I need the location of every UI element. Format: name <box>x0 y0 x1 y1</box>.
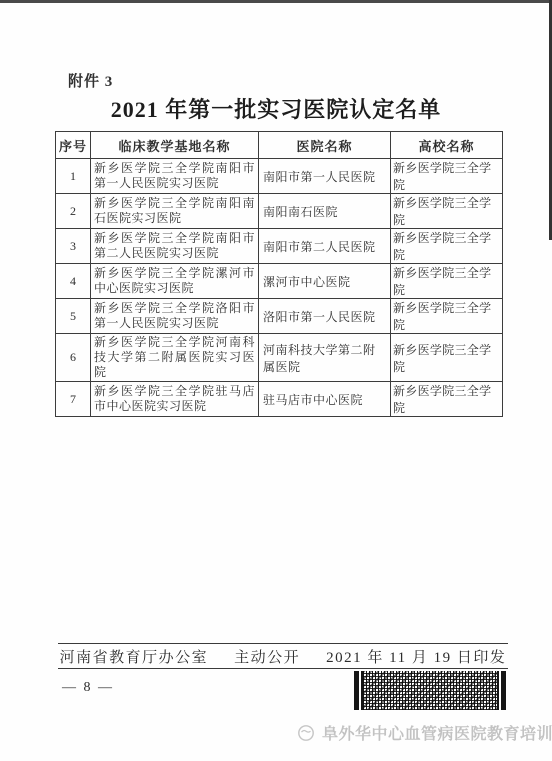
header-no: 序号 <box>56 132 91 159</box>
page-title: 2021 年第一批实习医院认定名单 <box>0 93 552 124</box>
table-row: 6 新乡医学院三全学院河南科技大学第二附属医院实习医院 河南科技大学第二附属医院… <box>56 334 503 382</box>
row-base: 新乡医学院三全学院南阳南石医院实习医院 <box>91 194 259 229</box>
header-hospital: 医院名称 <box>259 132 391 159</box>
barcode-noise <box>363 671 497 710</box>
row-base: 新乡医学院三全学院驻马店市中心医院实习医院 <box>91 382 259 417</box>
barcode-icon <box>354 671 506 710</box>
row-university: 新乡医学院三全学院 <box>391 334 503 382</box>
row-no: 5 <box>56 299 91 334</box>
table-row: 2 新乡医学院三全学院南阳南石医院实习医院 南阳南石医院 新乡医学院三全学院 <box>56 194 503 229</box>
table-row: 1 新乡医学院三全学院南阳市第一人民医院实习医院 南阳市第一人民医院 新乡医学院… <box>56 159 503 194</box>
row-university: 新乡医学院三全学院 <box>391 382 503 417</box>
page-number: — 8 — <box>62 680 114 696</box>
row-no: 3 <box>56 229 91 264</box>
table-row: 7 新乡医学院三全学院驻马店市中心医院实习医院 驻马店市中心医院 新乡医学院三全… <box>56 382 503 417</box>
scan-edge-top <box>0 0 552 3</box>
footer-office: 河南省教育厅办公室 <box>60 646 209 667</box>
header-base: 临床教学基地名称 <box>91 132 259 159</box>
row-base: 新乡医学院三全学院河南科技大学第二附属医院实习医院 <box>91 334 259 382</box>
row-no: 1 <box>56 159 91 194</box>
row-hospital: 洛阳市第一人民医院 <box>259 299 391 334</box>
watermark-text: 阜外华中心血管病医院教育培训部 <box>322 721 552 744</box>
row-university: 新乡医学院三全学院 <box>391 264 503 299</box>
header-university: 高校名称 <box>391 132 503 159</box>
row-hospital: 漯河市中心医院 <box>259 264 391 299</box>
row-university: 新乡医学院三全学院 <box>391 229 503 264</box>
table-row: 5 新乡医学院三全学院洛阳市第一人民医院实习医院 洛阳市第一人民医院 新乡医学院… <box>56 299 503 334</box>
document-page: 附件 3 2021 年第一批实习医院认定名单 序号 临床教学基地名称 医院名称 … <box>0 0 552 761</box>
row-university: 新乡医学院三全学院 <box>391 299 503 334</box>
attachment-label: 附件 3 <box>68 70 113 91</box>
row-hospital: 南阳市第一人民医院 <box>259 159 391 194</box>
footer-publicity: 主动公开 <box>234 646 300 667</box>
row-base: 新乡医学院三全学院漯河市中心医院实习医院 <box>91 264 259 299</box>
watermark: 阜外华中心血管病医院教育培训部 <box>297 721 547 744</box>
table-row: 3 新乡医学院三全学院南阳市第二人民医院实习医院 南阳市第二人民医院 新乡医学院… <box>56 229 503 264</box>
row-university: 新乡医学院三全学院 <box>391 159 503 194</box>
row-base: 新乡医学院三全学院南阳市第一人民医院实习医院 <box>91 159 259 194</box>
footer-rule-top <box>58 643 508 644</box>
row-no: 2 <box>56 194 91 229</box>
barcode-bar <box>501 671 506 710</box>
row-hospital: 河南科技大学第二附属医院 <box>259 334 391 382</box>
hospital-table: 序号 临床教学基地名称 医院名称 高校名称 1 新乡医学院三全学院南阳市第一人民… <box>55 131 503 417</box>
table-header-row: 序号 临床教学基地名称 医院名称 高校名称 <box>56 132 503 159</box>
row-hospital: 南阳市第二人民医院 <box>259 229 391 264</box>
row-hospital: 南阳南石医院 <box>259 194 391 229</box>
row-hospital: 驻马店市中心医院 <box>259 382 391 417</box>
footer-rule-bottom <box>58 668 508 669</box>
row-base: 新乡医学院三全学院洛阳市第一人民医院实习医院 <box>91 299 259 334</box>
footer-issue-line: 河南省教育厅办公室 主动公开 2021 年 11 月 19 日印发 <box>58 646 508 667</box>
row-no: 6 <box>56 334 91 382</box>
table-row: 4 新乡医学院三全学院漯河市中心医院实习医院 漯河市中心医院 新乡医学院三全学院 <box>56 264 503 299</box>
row-no: 4 <box>56 264 91 299</box>
footer-print-date: 2021 年 11 月 19 日印发 <box>326 646 506 667</box>
row-university: 新乡医学院三全学院 <box>391 194 503 229</box>
row-no: 7 <box>56 382 91 417</box>
row-base: 新乡医学院三全学院南阳市第二人民医院实习医院 <box>91 229 259 264</box>
watermark-logo-icon <box>297 724 315 742</box>
